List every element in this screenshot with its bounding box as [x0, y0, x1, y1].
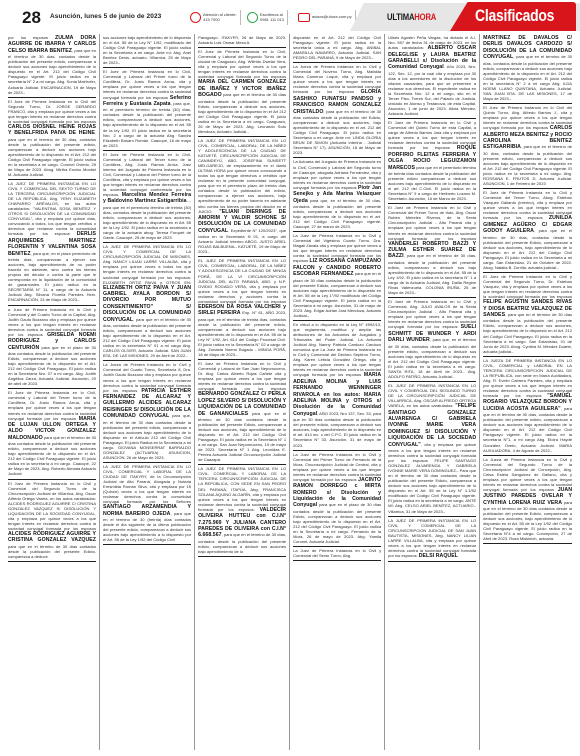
legal-notice: por los esposos ZULMA DORA AGUIRRE DE IB…	[8, 34, 96, 98]
contact-value: 0981 111 013	[260, 17, 284, 22]
notice-text: En virtud a lo dispuesto en la Ley N° 49…	[293, 322, 381, 377]
legal-notice: El Juez de Primera Instancia en lo Civil…	[8, 480, 96, 562]
notice-text: Paraguayo. ITAKYRY, 26 de Mayo de 2023. …	[198, 35, 286, 45]
legal-notice: La Actuaria del Juzgado de Primera Insta…	[293, 158, 381, 232]
legal-notice: dispuesto en el Art. 212 del Código Civi…	[293, 34, 381, 63]
notice-text: , para que en el término de 30 días, con…	[483, 228, 572, 270]
classifieds-columns: por los esposos ZULMA DORA AGUIRRE DE IB…	[5, 34, 575, 750]
column-3: Paraguayo. ITAKYRY, 26 de Mayo de 2023. …	[195, 34, 290, 750]
notice-text: . Año 2023, Nro. 122, Sec. 12, por la cu…	[388, 64, 476, 116]
notice-text: , para que en el término de 30 días, con…	[8, 48, 96, 95]
notice-text: para que en el plazo de 30 días contados…	[293, 502, 381, 544]
column-2: sus acciones bajo apercibimiento de lo d…	[100, 34, 195, 750]
page-header: 28 Asunción, lunes 5 de junio de 2023 At…	[0, 0, 580, 32]
legal-notice: LA JUEZ DE PRIMERA INSTANCIA EN LO CIVIL…	[198, 465, 286, 557]
notice-text: para que en el término de 30 días contad…	[198, 92, 286, 134]
email-contact: avisos@uhora.com.py	[298, 9, 356, 26]
legal-notice: Paraguayo. ITAKYRY, 26 de Mayo de 2023. …	[198, 34, 286, 48]
legal-notice: La Juez de Primera Instancia en lo Civil…	[293, 451, 381, 548]
customer-service-contact: Atención al cliente:415 7000	[190, 9, 241, 26]
notice-text: dispuesto en el Art. 212 del Código Civi…	[293, 35, 381, 60]
notice-text: El Juez de Primera Instancia en lo Civil…	[483, 274, 572, 299]
legal-notice: El Juez de Primera Instancia en lo Civil…	[483, 189, 572, 273]
notice-text: , para que, en el perentorio término de …	[103, 101, 191, 148]
legal-notice: a Juez de Primera Instancia en lo Civil …	[8, 306, 96, 390]
notice-text: LA JUEZ DE PRIMERA INSTANCIA EN LO CIVIL…	[198, 466, 286, 511]
notice-text: para que en el término de 30 días contad…	[8, 435, 96, 477]
notice-text: sus acciones bajo apercibimiento de lo d…	[103, 35, 191, 65]
legal-notice: El Juez de Primera Instancia en lo Civil…	[103, 68, 191, 150]
legal-notice: La Juez de Primera Instancia en lo Civil…	[293, 547, 381, 561]
notice-text: El Juez de Primera Instancia en lo Civil…	[388, 205, 476, 240]
contact-value: avisos@uhora.com.py	[312, 14, 352, 19]
legal-notice: El Juez de Primera Instancia en lo Civil…	[388, 204, 476, 298]
column-1: por los esposos ZULMA DORA AGUIRRE DE IB…	[5, 34, 100, 750]
phone-icon	[190, 12, 201, 23]
notice-text: , para que en el término de 30 días, con…	[483, 54, 572, 101]
notice-text: EL JUEZ DE PRIMERA INSTANCIA EN LO CIVIL…	[198, 258, 286, 303]
legal-notice: El Juez de Primera Instancia en lo Civil…	[8, 389, 96, 479]
notice-text: El Juez de Primera Instancia en lo Civil…	[198, 49, 286, 79]
brand-part1: ULTIMA	[387, 12, 414, 22]
notice-text: para que en el plazo de 30 días contados…	[293, 271, 381, 318]
brand-part2: HORA	[414, 12, 436, 22]
notice-text: , para que en el término de 30 días, con…	[483, 406, 572, 453]
legal-notice: Ulises Agustín Peña Vargas, ha dictado e…	[388, 34, 476, 119]
notice-text: para que en el perentorio término de tre…	[388, 165, 476, 202]
legal-notice: MARTINEZ DE DAVALOS C/ DERLIS DAVALOS CA…	[483, 34, 572, 104]
email-icon	[298, 13, 310, 22]
notice-text: , para que, en el término de 30 días, co…	[388, 337, 476, 379]
notice-text: LA JUEZ DE PRIMERA INSTANCIA EN LO CIVIL…	[103, 464, 191, 504]
notice-text: , para que, en el plazo perentorio de tr…	[8, 251, 96, 303]
contact-value: 415 7000	[203, 17, 220, 22]
column-5: Ulises Agustín Peña Vargas, ha dictado e…	[385, 34, 480, 750]
legal-notice: El Juez de Primera Instancia en lo Civil…	[198, 360, 286, 465]
column-6: MARTINEZ DE DAVALOS C/ DERLIS DAVALOS CA…	[480, 34, 575, 750]
notice-text: por los esposos	[8, 35, 48, 40]
legal-notice: El Juez de Primera Instancia en lo Civil…	[388, 119, 476, 204]
legal-notice: EL JUEZ DE PRIMERA INSTANCIA EN LO CIVIL…	[198, 257, 286, 360]
legal-notice: La Jueza de Primera Instancia en lo Civi…	[293, 63, 381, 158]
notice-text: para que, en el término de 30 días conta…	[103, 413, 191, 460]
notice-text: LA JUEZ DE PRIMERA INSTANCIA EN LO CIVIL…	[198, 138, 286, 214]
legal-notice: El Juez de Primera Instancia en lo Civil…	[483, 104, 572, 189]
notice-text: LA JUEZ DE PRIMERA INSTANCIA EN LO CIVIL…	[388, 518, 476, 558]
notice-text: LA JUEZA DE PRIMERA INSTANCIA EN LO CIVI…	[483, 358, 572, 398]
notice-text: , para que en el término de 30 días, con…	[388, 253, 476, 295]
notice-text: para que en el término de 30 días contad…	[8, 544, 96, 559]
notice-text: El Juez de Primera Instancia en lo Civil…	[8, 99, 96, 124]
legal-notice: LA JUEZ DE PRIMERA INSTANCIA EN LO CIVIL…	[103, 243, 191, 361]
notice-text: para que en el plazo de 30 días contados…	[8, 345, 96, 387]
page-number: 28	[22, 8, 41, 28]
spouse-names: ALCIDES RODRIGUEZ AGUIRRE Y CRISTINA GON…	[8, 531, 96, 543]
notice-text: La Juez de Primera Instancia en lo Civil…	[293, 548, 381, 558]
legal-notice: En virtud a lo dispuesto en la Ley N° 49…	[293, 321, 381, 451]
notice-text: Exp. N° 61, AÑO 2023, para que, en el té…	[198, 310, 286, 357]
whatsapp-icon	[247, 12, 258, 23]
legal-notice: La Jueza de Primera Instancia en lo Civi…	[483, 456, 572, 545]
legal-notice: LA JUEZ DE PRIMERA INSTANCIA EN LO CIVIL…	[8, 180, 96, 306]
legal-notice: El Juez de Primera Instancia en lo Civil…	[198, 48, 286, 137]
issue-date: Asunción, lunes 5 de junio de 2023	[50, 13, 161, 20]
notice-text: , cita y emplaza por quince veces a los …	[388, 442, 476, 514]
legal-notice: El Juez de Primera Instancia en lo Civil…	[103, 151, 191, 244]
notice-text: , para que en el término de 30 días, con…	[483, 144, 572, 186]
notice-text: ..., para que en el perentorio término d…	[103, 198, 191, 240]
legal-notice: El Juez de Primera Instancia en lo Civil…	[8, 98, 96, 180]
notice-text: para que en el término de 30 días contad…	[483, 500, 572, 542]
notice-text: El Juez de Primera Instancia en lo Civil…	[198, 361, 286, 391]
brand-logo: ULTIMAHORA	[387, 12, 436, 22]
legal-notice: LA JUEZ DE PRIMERA INSTANCIA EN LO CIVIL…	[198, 137, 286, 257]
notice-text: para que en el término de 30 días contad…	[198, 411, 286, 463]
notice-text: , para que en el término de 30 días cont…	[483, 312, 572, 354]
notice-text: LA JUEZ DE PRIMERA INSTANCIA EN LO CIVIL…	[8, 181, 96, 236]
notice-text: , AÑO 2023, Nro 137, Sec. 33, para que e…	[293, 411, 381, 448]
legal-notice: LA JUEZA DE PRIMERA INSTANCIA EN LO CIVI…	[483, 357, 572, 456]
column-4: dispuesto en el Art. 212 del Código Civi…	[290, 34, 385, 750]
spouse-names: DELSI RAQUEL	[419, 553, 458, 559]
legal-notice: El Juez de Primera Instancia en lo Civil…	[388, 298, 476, 382]
whatsapp-contact: Escribinos al0981 111 013	[247, 9, 288, 26]
legal-notice: EL JUEZ DE PRIMERA INSTANCIA EN LO CIVIL…	[388, 382, 476, 517]
section-title: Clasificados	[475, 6, 554, 26]
legal-notice: LA JUEZ DE PRIMERA INSTANCIA EN LO CIVIL…	[388, 517, 476, 563]
legal-notice: sus acciones bajo apercibimiento de lo d…	[103, 34, 191, 68]
notice-text: El Juez de Primera Instancia en lo Civil…	[8, 481, 96, 531]
notice-text: , para que en el término de 30 días, con…	[103, 317, 191, 359]
notice-text: , para que en el término de 30 días cont…	[293, 109, 381, 156]
legal-notice: El Juez de Primera Instancia en lo Civil…	[483, 273, 572, 357]
spouse-names: CARLOS DIOSNEL HEINE ROJAS Y BENELFRIDA …	[8, 124, 96, 136]
notice-text: , para que en el término de 30 días, con…	[8, 130, 96, 177]
notice-text: El Juez de Primera Instancia en lo Civil…	[103, 152, 191, 197]
notice-text: LA JUEZ DE PRIMERA INSTANCIA EN LO CIVIL…	[103, 244, 191, 284]
legal-notice: LA JUEZ DE PRIMERA INSTANCIA EN LO CIVIL…	[103, 463, 191, 545]
legal-notice: La Juez de Primera Instancia en lo Civil…	[293, 232, 381, 321]
legal-notice: La Jueza de Primera Instancia en lo Civi…	[103, 361, 191, 463]
